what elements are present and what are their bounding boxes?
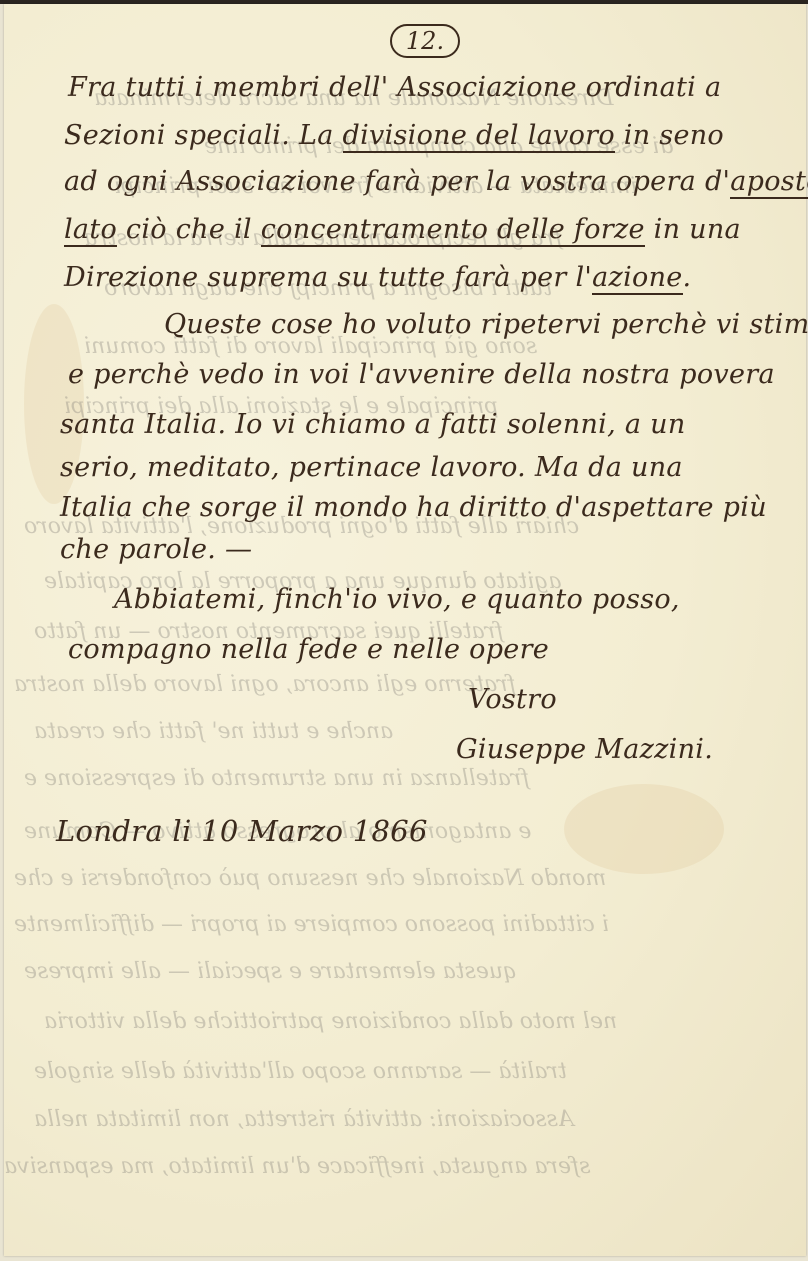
text-span: ad ogni Associazione farà per la vostra … [64, 166, 730, 197]
underlined-phrase: concentramento delle forze [261, 214, 645, 247]
bleed-line: sfera angusta, inefficace d'un limitato,… [4, 1154, 590, 1179]
text-line: Fra tutti i membri dell' Associazione or… [68, 72, 721, 103]
underlined-phrase: azione [592, 262, 682, 295]
underlined-phrase: divisione del lavoro [343, 120, 615, 153]
text-line: Direzione suprema su tutte farà per l'az… [64, 262, 691, 293]
text-line: serio, meditato, pertinace lavoro. Ma da… [60, 452, 683, 483]
text-line: compagno nella fede e nelle opere [68, 634, 549, 665]
underlined-phrase: lato [64, 214, 117, 247]
text-line: Italia che sorge il mondo ha diritto d'a… [60, 492, 767, 523]
bleed-line: tralità — saranno scopo all'attività del… [34, 1059, 567, 1084]
page-number: 12. [390, 24, 460, 58]
dateline: Londra li 10 Marzo 1866 [56, 814, 428, 848]
text-line: e perchè vedo in voi l'avvenire della no… [68, 359, 775, 390]
text-span: Direzione suprema su tutte farà per l' [64, 262, 592, 293]
text-span: in una [645, 214, 741, 245]
text-line: Queste cose ho voluto ripetervi perchè v… [164, 309, 808, 340]
text-line: ad ogni Associazione farà per la vostra … [64, 166, 808, 197]
letter-page: Direzione Nazionale ha una sacra determi… [4, 4, 806, 1256]
text-line: Sezioni speciali. La divisione del lavor… [64, 120, 724, 151]
text-line: Abbiatemi, finch'io vivo, e quanto posso… [114, 584, 680, 615]
closing: Vostro [468, 684, 557, 715]
bleed-line: nel moto dalla condizione patriottiche d… [44, 1009, 617, 1034]
bleed-line: Associazioni: attività ristretta, non li… [34, 1107, 574, 1132]
bleed-line: fraterno egli ancora, ogni lavoro della … [14, 672, 516, 697]
text-span: . [683, 262, 692, 293]
text-line: che parole. — [60, 534, 252, 565]
text-span: Sezioni speciali. La [64, 120, 343, 151]
bleed-line: i cittadini possono compiere ai propri —… [14, 912, 609, 937]
bleed-line: questa elementare e speciali — alle impr… [24, 959, 517, 984]
underlined-phrase: aposto- [730, 166, 808, 199]
paper-stain [564, 784, 724, 874]
text-span: ciò che il [117, 214, 261, 245]
text-line: santa Italia. Io vi chiamo a fatti solen… [60, 409, 686, 440]
text-span: in seno [615, 120, 724, 151]
bleed-line: fratellanza in una strumento di espressi… [24, 766, 529, 791]
bleed-line: anche e tutti ne' fatti che creata [34, 719, 393, 744]
bleed-line: mondo Nazionale che nessuno può confonde… [14, 866, 606, 891]
signature: Giuseppe Mazzini. [456, 734, 713, 765]
text-line: lato ciò che il concentramento delle for… [64, 214, 741, 245]
